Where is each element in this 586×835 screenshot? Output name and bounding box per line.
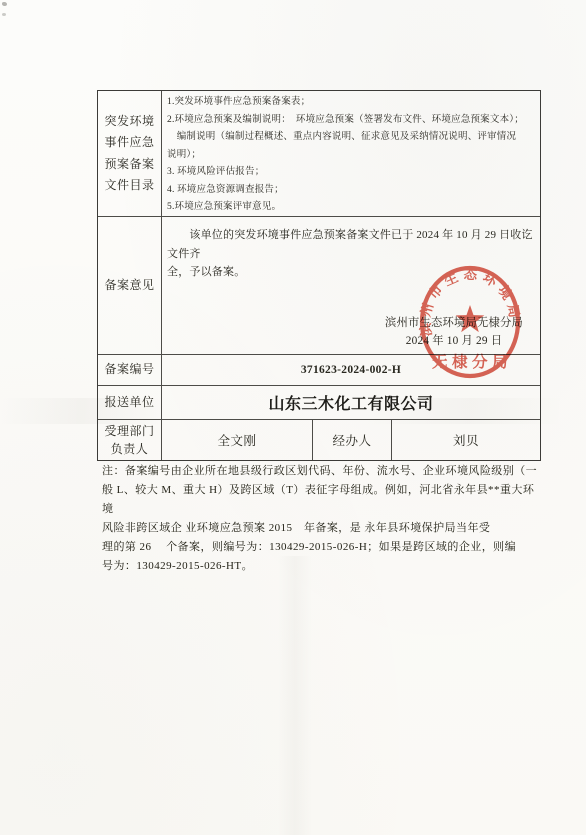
catalog-item: 说明）；	[167, 147, 538, 165]
people-label: 受理部门 负责人	[98, 420, 162, 460]
note-line: 理的第 26 个备案，则编号为：130429-2015-026-H；如果是跨区域…	[102, 538, 542, 557]
catalog-label-line: 预案备案	[104, 154, 154, 176]
opinion-label: 备案意见	[98, 217, 162, 354]
agency-signature-block: 滨州市生态环境局无棣分局 2024 年 10 月 29 日	[374, 314, 534, 350]
signature-date: 2024 年 10 月 29 日	[374, 332, 534, 350]
head-name-cell: 全文刚	[162, 420, 313, 460]
unit-label-text: 报送单位	[104, 392, 154, 414]
opinion-row: 备案意见 该单位的突发环境事件应急预案备案文件已于 2024 年 10 月 29…	[98, 216, 540, 354]
catalog-label-line: 突发环境	[104, 111, 154, 133]
unit-value: 山东三木化工有限公司	[162, 386, 540, 419]
people-label-line: 受理部门	[104, 422, 154, 440]
catalog-label-line: 事件应急	[104, 132, 154, 154]
catalog-item: 4. 环境应急资源调查报告；	[167, 182, 538, 200]
number-label-text: 备案编号	[104, 359, 154, 381]
catalog-row: 突发环境 事件应急 预案备案 文件目录 1.突发环境事件应急预案备案表； 2.环…	[98, 91, 540, 216]
opinion-content-cell: 该单位的突发环境事件应急预案备案文件已于 2024 年 10 月 29 日收讫文…	[162, 217, 540, 354]
number-value: 371623-2024-002-H	[162, 355, 540, 385]
number-value-cell: 371623-2024-002-H	[162, 355, 540, 385]
catalog-item: 5.环境应急预案评审意见。	[167, 199, 538, 217]
people-label-line: 负责人	[111, 440, 149, 458]
note-line: 注：备案编号由企业所在地县级行政区划代码、年份、流水号、企业环境风险级别（一	[102, 462, 542, 481]
note-line: 般 L、较大 M、重大 H）及跨区域（T）表征字母组成。例如，河北省永年县**重…	[102, 481, 542, 519]
number-row: 备案编号 371623-2024-002-H	[98, 354, 540, 385]
number-label: 备案编号	[98, 355, 162, 385]
unit-value-cell: 山东三木化工有限公司	[162, 386, 540, 419]
filing-record-table: 突发环境 事件应急 预案备案 文件目录 1.突发环境事件应急预案备案表； 2.环…	[97, 90, 541, 461]
catalog-label: 突发环境 事件应急 预案备案 文件目录	[98, 91, 162, 216]
opinion-body-line: 全，予以备案。	[167, 263, 536, 282]
opinion-body: 该单位的突发环境事件应急预案备案文件已于 2024 年 10 月 29 日收讫文…	[162, 217, 540, 282]
people-row: 受理部门 负责人 全文刚 经办人 刘贝	[98, 419, 540, 460]
scan-speck	[2, 2, 7, 6]
unit-label: 报送单位	[98, 386, 162, 419]
note-block: 注：备案编号由企业所在地县级行政区划代码、年份、流水号、企业环境风险级别（一 般…	[102, 462, 542, 576]
scan-speck	[2, 13, 6, 16]
catalog-item: 1.突发环境事件应急预案备案表；	[167, 94, 538, 112]
unit-row: 报送单位 山东三木化工有限公司	[98, 385, 540, 419]
agent-name-cell: 刘贝	[392, 420, 540, 460]
catalog-item: 3. 环境风险评估报告；	[167, 164, 538, 182]
opinion-body-line: 该单位的突发环境事件应急预案备案文件已于 2024 年 10 月 29 日收讫文…	[167, 226, 536, 263]
agency-signature: 滨州市生态环境局无棣分局	[374, 314, 534, 332]
agent-label-cell: 经办人	[313, 420, 392, 460]
catalog-content-cell: 1.突发环境事件应急预案备案表； 2.环境应急预案及编制说明： 环境应急预案（签…	[162, 91, 540, 216]
note-line: 号为：130429-2015-026-HT。	[102, 557, 542, 576]
catalog-item: 2.环境应急预案及编制说明： 环境应急预案（签署发布文件、环境应急预案文本）；	[167, 112, 538, 130]
note-line: 风险非跨区域企 业环境应急预案 2015 年备案，是 永年县环境保护局当年受	[102, 519, 542, 538]
catalog-label-line: 文件目录	[104, 175, 154, 197]
opinion-label-text: 备案意见	[104, 275, 154, 297]
catalog-list: 1.突发环境事件应急预案备案表； 2.环境应急预案及编制说明： 环境应急预案（签…	[162, 91, 540, 217]
catalog-item: 编制说明（编制过程概述、重点内容说明、征求意见及采纳情况说明、评审情况	[167, 129, 538, 147]
